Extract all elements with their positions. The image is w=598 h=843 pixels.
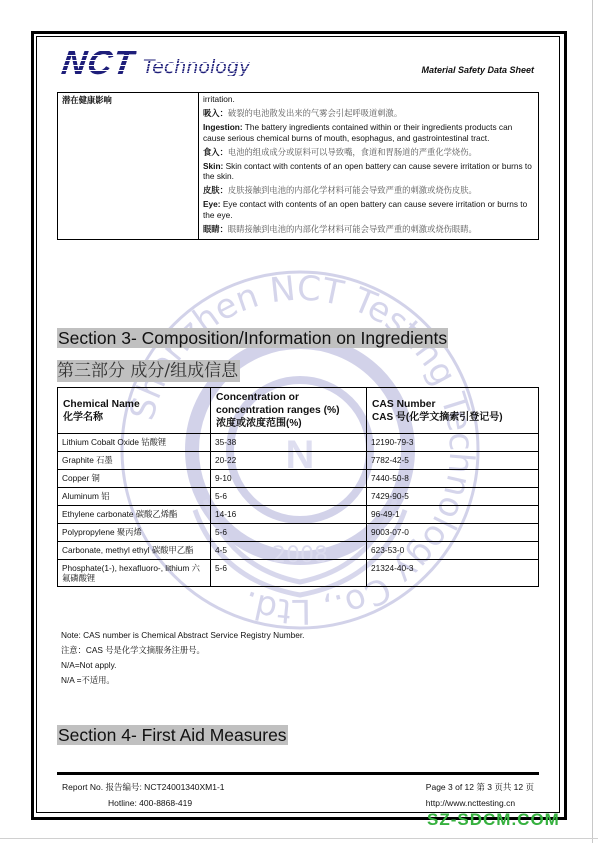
cell-name: Lithium Cobalt Oxide 钴酸锂 bbox=[58, 434, 211, 452]
page-edge bbox=[592, 0, 593, 843]
paragraph-label: 吸入： bbox=[203, 108, 228, 118]
header-cn: 化学名称 bbox=[63, 411, 205, 424]
document-type: Material Safety Data Sheet bbox=[421, 65, 534, 75]
cell-cas: 21324-40-3 bbox=[367, 560, 539, 587]
cell-cas: 623-53-0 bbox=[367, 542, 539, 560]
report-number: Report No. 报告编号: NCT24001340XM1-1 bbox=[62, 779, 225, 795]
paragraph-text: 破裂的电池散发出来的气雾会引起呼吸道刺激。 bbox=[228, 108, 402, 118]
cell-name: Polypropylene 聚丙烯 bbox=[58, 524, 211, 542]
paragraph-text: Skin contact with contents of an open ba… bbox=[203, 161, 532, 182]
paragraph-text: The battery ingredients contained within… bbox=[203, 122, 512, 143]
paragraph-label: Ingestion: bbox=[203, 122, 243, 132]
health-effect-paragraph: irritation. bbox=[203, 94, 534, 105]
health-effect-paragraph: 眼睛：眼睛接触到电池的内部化学材料可能会导致严重的刺激或烧伤眼睛。 bbox=[203, 224, 534, 235]
cell-conc: 5-6 bbox=[211, 560, 367, 587]
table-row: Phosphate(1-), hexafluoro-, lithium 六氟磷酸… bbox=[58, 560, 539, 587]
cell-conc: 5-6 bbox=[211, 524, 367, 542]
cell-name: Carbonate, methyl ethyl 碳酸甲乙酯 bbox=[58, 542, 211, 560]
note-na-cn: N/A =不适用。 bbox=[61, 673, 304, 688]
table-row: 潜在健康影响 irritation.吸入：破裂的电池散发出来的气雾会引起呼吸道刺… bbox=[58, 93, 539, 240]
cell-conc: 14-16 bbox=[211, 506, 367, 524]
cell-conc: 35-38 bbox=[211, 434, 367, 452]
cell-name: Aluminum 铝 bbox=[58, 488, 211, 506]
cell-name: Graphite 石墨 bbox=[58, 452, 211, 470]
table-row: Carbonate, methyl ethyl 碳酸甲乙酯4-5623-53-0 bbox=[58, 542, 539, 560]
page-number: Page 3 of 12 第 3 页共 12 页 bbox=[426, 779, 534, 795]
cell-name: Ethylene carbonate 碳酸乙烯酯 bbox=[58, 506, 211, 524]
header-en: Chemical Name bbox=[63, 398, 205, 411]
header-concentration: Concentration or concentration ranges (%… bbox=[211, 388, 367, 434]
table-row: Polypropylene 聚丙烯5-69003-07-0 bbox=[58, 524, 539, 542]
cell-conc: 4-5 bbox=[211, 542, 367, 560]
paragraph-label: Eye: bbox=[203, 199, 221, 209]
site-stamp-watermark: SZ-SDCM.COM bbox=[427, 810, 560, 830]
paragraph-text: irritation. bbox=[203, 94, 235, 104]
header-en: CAS Number bbox=[372, 398, 533, 411]
health-effects-content: irritation.吸入：破裂的电池散发出来的气雾会引起呼吸道刺激。Inges… bbox=[199, 93, 539, 240]
paragraph-label: Skin: bbox=[203, 161, 223, 171]
health-effect-paragraph: Ingestion: The battery ingredients conta… bbox=[203, 122, 534, 143]
footer-left: Report No. 报告编号: NCT24001340XM1-1 Hotlin… bbox=[62, 779, 225, 811]
cell-cas: 7440-50-8 bbox=[367, 470, 539, 488]
table-row: Lithium Cobalt Oxide 钴酸锂35-3812190-79-3 bbox=[58, 434, 539, 452]
paragraph-text: Eye contact with contents of an open bat… bbox=[203, 199, 527, 220]
table-header-row: Chemical Name 化学名称 Concentration or conc… bbox=[58, 388, 539, 434]
cell-cas: 9003-07-0 bbox=[367, 524, 539, 542]
table-row: Graphite 石墨20-227782-42-5 bbox=[58, 452, 539, 470]
table-row: Aluminum 铝5-67429-90-5 bbox=[58, 488, 539, 506]
health-effect-paragraph: Eye: Eye contact with contents of an ope… bbox=[203, 199, 534, 220]
header-cn: CAS 号(化学文摘索引登记号) bbox=[372, 411, 533, 424]
hotline: Hotline: 400-8868-419 bbox=[62, 795, 225, 811]
header-en: Concentration or concentration ranges (%… bbox=[216, 391, 361, 417]
cell-cas: 7782-42-5 bbox=[367, 452, 539, 470]
table-row: Ethylene carbonate 碳酸乙烯酯14-1696-49-1 bbox=[58, 506, 539, 524]
paragraph-label: 食入： bbox=[203, 147, 228, 157]
cell-cas: 96-49-1 bbox=[367, 506, 539, 524]
cell-conc: 20-22 bbox=[211, 452, 367, 470]
composition-notes: Note: CAS number is Chemical Abstract Se… bbox=[61, 628, 304, 688]
section-3-subtitle: 第三部分 成分/组成信息 bbox=[57, 360, 240, 382]
cell-name: Copper 铜 bbox=[58, 470, 211, 488]
composition-table: Chemical Name 化学名称 Concentration or conc… bbox=[57, 387, 539, 587]
header-chemical-name: Chemical Name 化学名称 bbox=[58, 388, 211, 434]
health-effects-table: 潜在健康影响 irritation.吸入：破裂的电池散发出来的气雾会引起呼吸道刺… bbox=[57, 92, 539, 240]
cell-conc: 9-10 bbox=[211, 470, 367, 488]
note-na-en: N/A=Not apply. bbox=[61, 658, 304, 673]
page-bottom-edge bbox=[0, 838, 598, 839]
footer-rule bbox=[57, 772, 539, 775]
section-4-title: Section 4- First Aid Measures bbox=[57, 725, 288, 745]
logo-nct-text: NCT bbox=[60, 46, 138, 80]
section-3-title: Section 3- Composition/Information on In… bbox=[57, 328, 448, 348]
cell-cas: 12190-79-3 bbox=[367, 434, 539, 452]
header-cn: 浓度或浓度范围(%) bbox=[216, 417, 361, 430]
health-effect-paragraph: 皮肤：皮肤接触到电池的内部化学材料可能会导致严重的刺激或烧伤皮肤。 bbox=[203, 185, 534, 196]
cell-cas: 7429-90-5 bbox=[367, 488, 539, 506]
paragraph-text: 电池的组成成分或原料可以导致嘴，食道和胃肠道的严重化学烧伤。 bbox=[228, 147, 477, 157]
paragraph-text: 眼睛接触到电池的内部化学材料可能会导致严重的刺激或烧伤眼睛。 bbox=[228, 224, 477, 234]
cell-name: Phosphate(1-), hexafluoro-, lithium 六氟磷酸… bbox=[58, 560, 211, 587]
paragraph-text: 皮肤接触到电池的内部化学材料可能会导致严重的刺激或烧伤皮肤。 bbox=[228, 185, 477, 195]
paragraph-label: 皮肤： bbox=[203, 185, 228, 195]
health-effect-paragraph: 吸入：破裂的电池散发出来的气雾会引起呼吸道刺激。 bbox=[203, 108, 534, 119]
paragraph-label: 眼睛： bbox=[203, 224, 228, 234]
website-link[interactable]: http://www.ncttesting.cn bbox=[426, 795, 534, 811]
note-cas-cn: 注意：CAS 号是化学文摘服务注册号。 bbox=[61, 643, 304, 658]
health-effect-paragraph: 食入：电池的组成成分或原料可以导致嘴，食道和胃肠道的严重化学烧伤。 bbox=[203, 147, 534, 158]
note-cas-en: Note: CAS number is Chemical Abstract Se… bbox=[61, 628, 304, 643]
logo-technology-text: Technology bbox=[143, 56, 250, 78]
health-effects-label: 潜在健康影响 bbox=[58, 93, 199, 240]
header-cas-number: CAS Number CAS 号(化学文摘索引登记号) bbox=[367, 388, 539, 434]
footer-right: Page 3 of 12 第 3 页共 12 页 http://www.nctt… bbox=[426, 779, 534, 811]
health-effect-paragraph: Skin: Skin contact with contents of an o… bbox=[203, 161, 534, 182]
table-row: Copper 铜9-107440-50-8 bbox=[58, 470, 539, 488]
cell-conc: 5-6 bbox=[211, 488, 367, 506]
nct-logo: NCT Technology bbox=[62, 40, 250, 80]
